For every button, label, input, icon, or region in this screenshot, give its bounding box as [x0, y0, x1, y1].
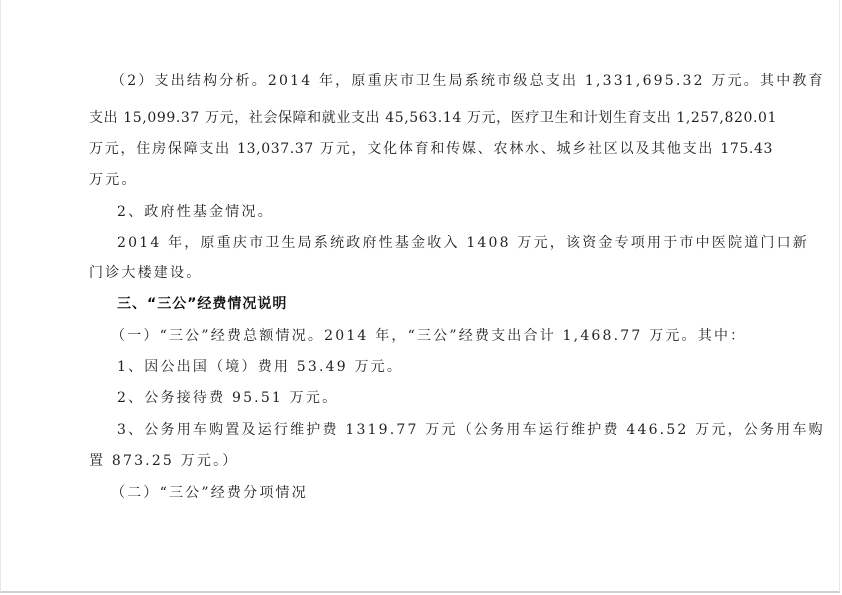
three-public-total: （一）“三公”经费总额情况。2014 年，“三公”经费支出合计 1,468.77…	[111, 325, 746, 347]
document-page: （2）支出结构分析。2014 年，原重庆市卫生局系统市级总支出 1,331,69…	[0, 0, 840, 593]
gov-fund-body-line-2: 门诊大楼建设。	[89, 262, 202, 284]
section-three-heading: 三、“三公”经费情况说明	[117, 293, 287, 315]
item-overseas-travel: 1、因公出国（境）费用 53.49 万元。	[117, 356, 403, 378]
paragraph-expenditure-structure-line-3: 万元，住房保障支出 13,037.37 万元，文化体育和传媒、农林水、城乡社区以…	[89, 138, 773, 160]
item-official-reception: 2、公务接待费 95.51 万元。	[117, 387, 338, 409]
item-official-vehicles-line-2: 置 873.25 万元。）	[89, 450, 239, 472]
item-official-vehicles-line-1: 3、公务用车购置及运行维护费 1319.77 万元（公务用车运行维护费 446.…	[117, 419, 825, 441]
gov-fund-title: 2、政府性基金情况。	[117, 201, 274, 223]
gov-fund-body-line-1: 2014 年，原重庆市卫生局系统政府性基金收入 1408 万元，该资金专项用于市…	[117, 232, 809, 254]
paragraph-expenditure-structure-line-2: 支出 15,099.37 万元，社会保障和就业支出 45,563.14 万元，医…	[89, 107, 773, 129]
paragraph-expenditure-structure-line-4: 万元。	[89, 169, 138, 191]
three-public-breakdown: （二）“三公”经费分项情况	[111, 482, 308, 504]
paragraph-expenditure-structure-line-1: （2）支出结构分析。2014 年，原重庆市卫生局系统市级总支出 1,331,69…	[111, 70, 825, 92]
